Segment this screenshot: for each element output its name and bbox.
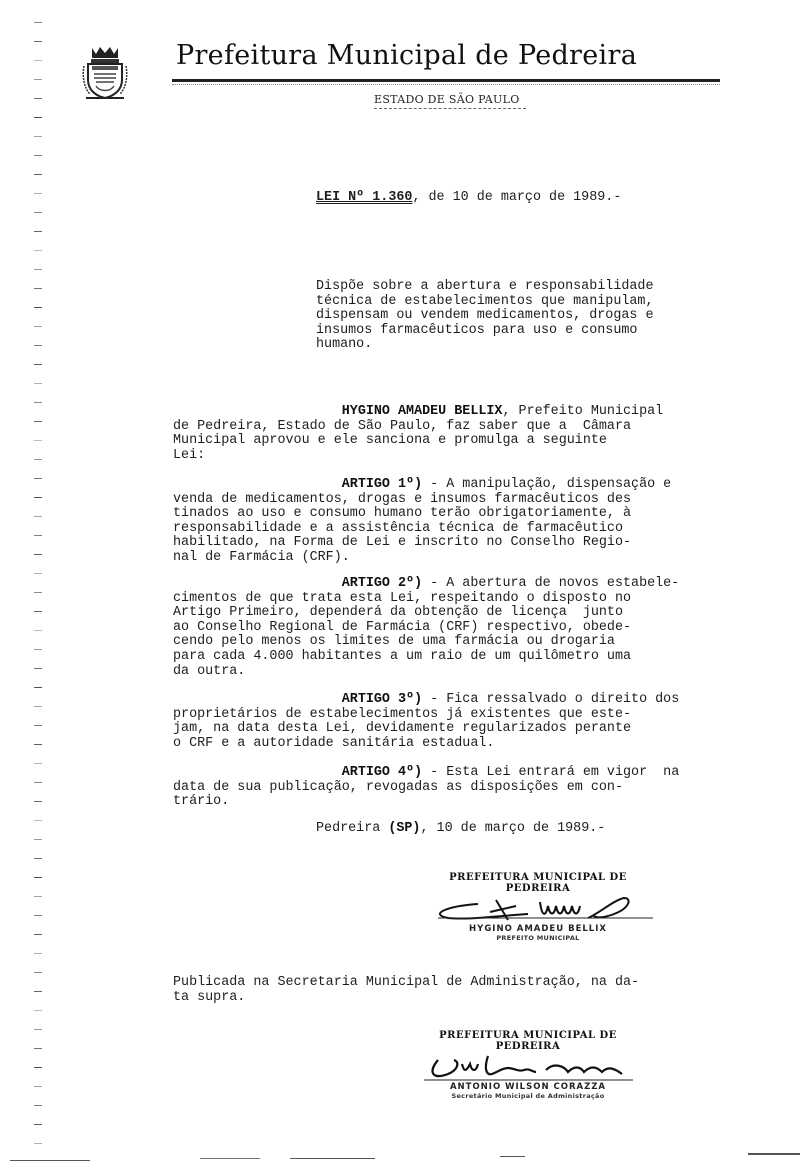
coat-of-arms-icon — [82, 44, 128, 100]
scan-margin-marks — [30, 0, 50, 1168]
article-label: ARTIGO 4º) — [342, 765, 422, 780]
article-body: data de sua publicação, revogadas as dis… — [173, 780, 623, 810]
article-1: ARTIGO 1º) - A manipulação, dispensação … — [173, 478, 733, 566]
intro-rest: de Pedreira, Estado de São Paulo, faz sa… — [173, 419, 631, 463]
handwritten-signature-icon — [418, 894, 658, 924]
secretary-printed-name: ANTONIO WILSON CORAZZA — [418, 1082, 638, 1092]
state-abbr: (SP) — [388, 821, 420, 836]
law-number: LEI Nº 1.360 — [316, 190, 412, 205]
article-4: ARTIGO 4º) - Esta Lei entrará em vigor n… — [173, 766, 733, 810]
scanned-law-document: Prefeitura Municipal de Pedreira ESTADO … — [0, 0, 800, 1168]
scan-edge-line — [200, 1158, 260, 1159]
signing-date: , 10 de março de 1989.- — [420, 821, 605, 836]
secretary-signature-block: PREFEITURA MUNICIPAL DE PEDREIRA ANTONIO… — [418, 1030, 638, 1100]
law-summary: Dispõe sobre a abertura e responsabilida… — [316, 280, 726, 353]
scan-edge-line — [500, 1156, 525, 1157]
mayor-printed-name: HYGINO AMADEU BELLIX — [418, 924, 658, 934]
institution-title: Prefeitura Municipal de Pedreira — [176, 40, 637, 71]
law-title: LEI Nº 1.360, de 10 de março de 1989.- — [316, 191, 621, 206]
intro-paragraph: HYGINO AMADEU BELLIX, Prefeito Municipal… — [173, 405, 733, 463]
article-3: ARTIGO 3º) - Fica ressalvado o direito d… — [173, 693, 733, 751]
header-divider-dotted — [172, 84, 720, 85]
law-date: , de 10 de março de 1989.- — [412, 190, 621, 205]
article-first-line: - A abertura de novos estabele- — [422, 576, 679, 591]
mayor-signature-block: PREFEITURA MUNICIPAL DE PEDREIRA HYGINO … — [418, 872, 658, 942]
article-first-line: - Esta Lei entrará em vigor na — [422, 765, 679, 780]
handwritten-signature-icon — [418, 1052, 638, 1082]
intro-first-line: , Prefeito Municipal — [502, 404, 663, 419]
state-underline — [374, 108, 526, 109]
article-first-line: - Fica ressalvado o direito dos — [422, 692, 679, 707]
article-label: ARTIGO 1º) — [342, 477, 422, 492]
article-first-line: - A manipulação, dispensação e — [422, 477, 671, 492]
mayor-role: PREFEITO MUNICIPAL — [418, 934, 658, 942]
header-divider — [172, 79, 720, 82]
city: Pedreira — [316, 821, 388, 836]
state-subtitle: ESTADO DE SÃO PAULO — [374, 93, 520, 106]
secretary-role: Secretário Municipal de Administração — [418, 1092, 638, 1100]
mayor-name: HYGINO AMADEU BELLIX — [342, 404, 503, 419]
article-2: ARTIGO 2º) - A abertura de novos estabel… — [173, 577, 733, 679]
signature-stamp: PREFEITURA MUNICIPAL DE PEDREIRA — [418, 1030, 638, 1052]
article-body: proprietários de estabelecimentos já exi… — [173, 707, 631, 751]
scan-edge-line — [290, 1158, 375, 1159]
article-body: venda de medicamentos, drogas e insumos … — [173, 492, 631, 565]
article-body: cimentos de que trata esta Lei, respeita… — [173, 591, 631, 679]
scan-edge-line — [748, 1153, 800, 1155]
publication-note: Publicada na Secretaria Municipal de Adm… — [173, 976, 733, 1005]
signature-stamp: PREFEITURA MUNICIPAL DE PEDREIRA — [418, 872, 658, 894]
scan-edge-line — [10, 1160, 90, 1161]
place-date: Pedreira (SP), 10 de março de 1989.- — [316, 822, 605, 837]
article-label: ARTIGO 3º) — [342, 692, 422, 707]
article-label: ARTIGO 2º) — [342, 576, 422, 591]
